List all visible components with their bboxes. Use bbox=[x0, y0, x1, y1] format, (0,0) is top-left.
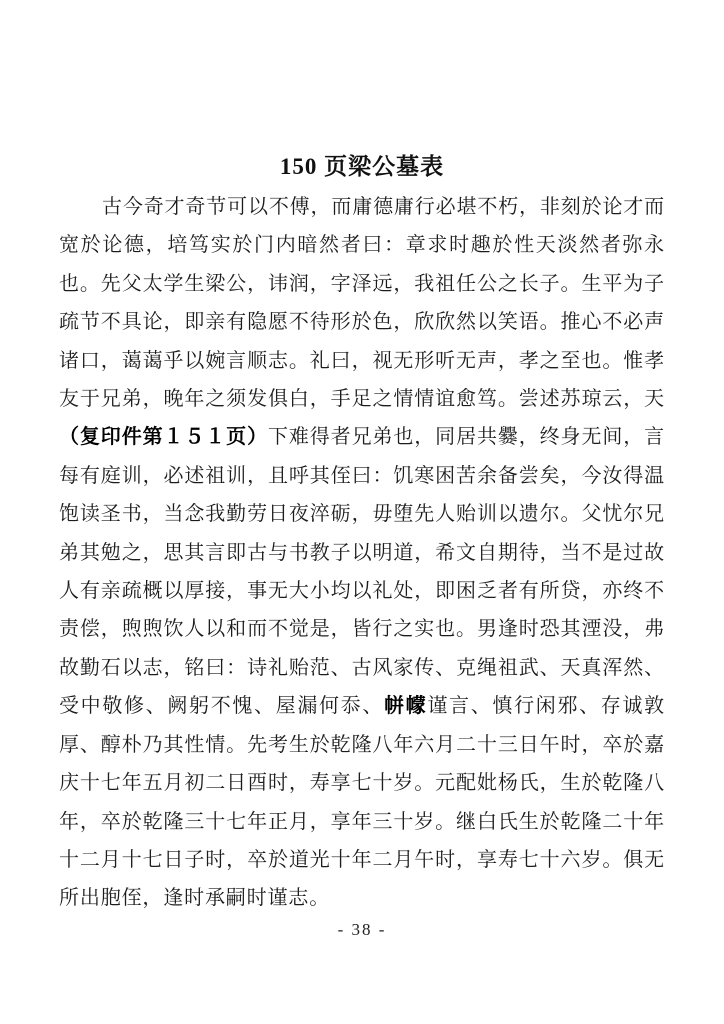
body-paragraph: 古今奇才奇节可以不傅，而庸德庸行必堪不朽，非刻於论才而宽於论德，培笃实於门内暗然… bbox=[59, 188, 665, 918]
bold-copy-reference-segment: （复印件第１５１页） bbox=[59, 426, 268, 448]
body-text-segment: 谨言、慎行闲邪、存诚敦厚、醇朴乃其性情。先考生於乾隆八年六月二十三日午时，卒於嘉… bbox=[59, 695, 665, 909]
body-text-segment: 古今奇才奇节可以不傅，而庸德庸行必堪不朽，非刻於论才而宽於论德，培笃实於门内暗然… bbox=[59, 196, 665, 410]
document-page: 150 页梁公墓表 古今奇才奇节可以不傅，而庸德庸行必堪不朽，非刻於论才而宽於论… bbox=[0, 0, 724, 1024]
page-title: 150 页梁公墓表 bbox=[0, 148, 724, 181]
bold-heiti-segment: 帡幪 bbox=[384, 695, 427, 717]
page-number: - 38 - bbox=[0, 920, 724, 940]
document-body: 古今奇才奇节可以不傅，而庸德庸行必堪不朽，非刻於论才而宽於论德，培笃实於门内暗然… bbox=[59, 188, 665, 918]
body-text-segment: 下难得者兄弟也，同居共爨，终身无间，言每有庭训，必述祖训，且呼其侄曰：饥寒困苦余… bbox=[59, 426, 665, 717]
